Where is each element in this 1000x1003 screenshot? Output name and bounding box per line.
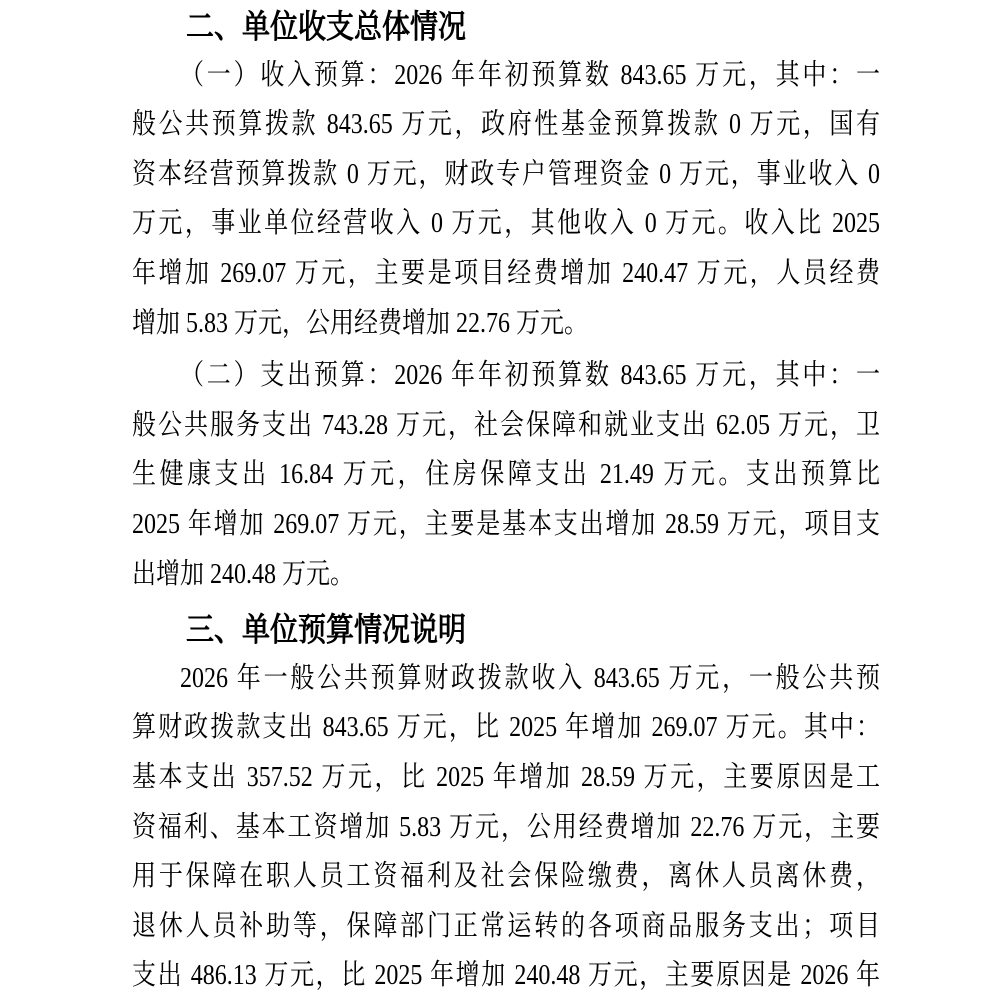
document-page: 二、单位收支总体情况（一）收入预算：2026 年年初预算数 843.65 万元，… (0, 0, 1000, 1003)
paragraph-income-budget: （一）收入预算：2026 年年初预算数 843.65 万元，其中：一般公共预算拨… (132, 52, 880, 350)
paragraph-budget-explanation: 2026 年一般公共预算财政拨款收入 843.65 万元，一般公共预算财政拨款支… (132, 655, 880, 1002)
paragraph-expenditure-budget: （二）支出预算：2026 年年初预算数 843.65 万元，其中：一般公共服务支… (132, 352, 880, 600)
budget-report-text-block: 二、单位收支总体情况（一）收入预算：2026 年年初预算数 843.65 万元，… (132, 2, 880, 1002)
text-line: 支出 486.13 万元，比 2025 年增加 240.48 万元，主要原因是 … (132, 948, 880, 1003)
text-line: 出增加 240.48 万元。 (132, 546, 880, 605)
text-line: 增加 5.83 万元，公用经费增加 22.76 万元。 (132, 295, 880, 354)
